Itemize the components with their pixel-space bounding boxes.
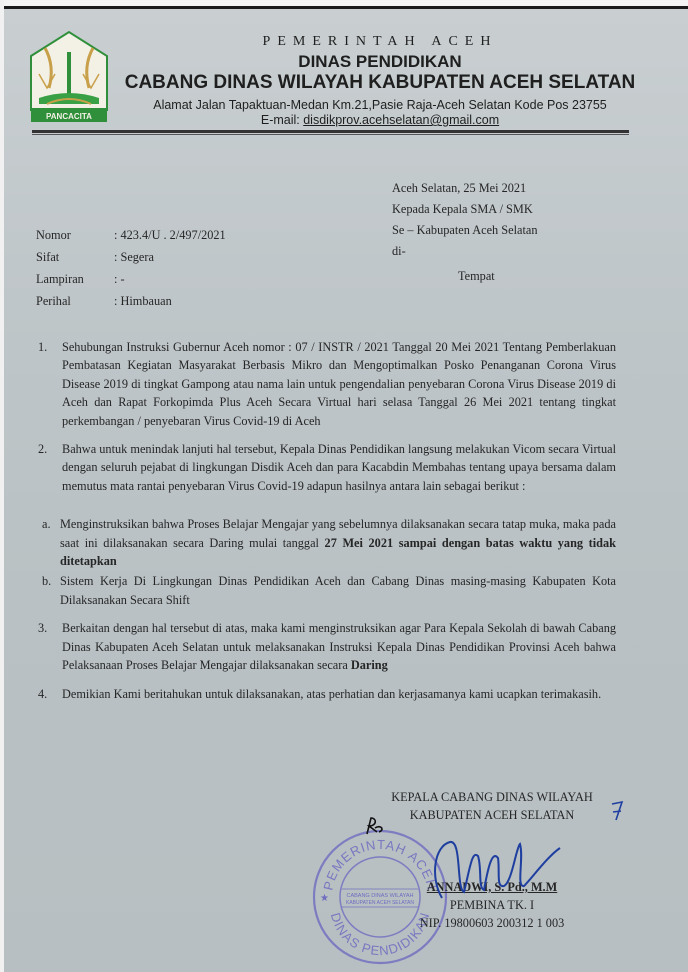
handwritten-signature-icon (420, 828, 570, 908)
paragraph-1: 1. Sehubungan Instruksi Gubernur Aceh no… (38, 338, 616, 430)
recipient-tempat: Tempat (392, 266, 537, 287)
meta-row-sifat: Sifat: Segera (36, 246, 226, 268)
address: Alamat Jalan Tapaktuan-Medan Km.21,Pasie… (110, 97, 650, 113)
signer-title-1: KEPALA CABANG DINAS WILAYAH (372, 788, 612, 806)
letterhead: PEMERINTAH ACEH DINAS PENDIDIKAN CABANG … (110, 28, 650, 128)
svg-text:★: ★ (320, 893, 329, 904)
signer-nip: NIP. 19800603 200312 1 003 (372, 914, 612, 932)
recipient-region: Se – Kabupaten Aceh Selatan (392, 220, 537, 241)
svg-text:PANCACITA: PANCACITA (46, 112, 92, 121)
meta-row-nomor: Nomor: 423.4/U . 2/497/2021 (36, 224, 226, 246)
place-date: Aceh Selatan, 25 Mei 2021 (392, 178, 537, 199)
paragraph-2: 2. Bahwa untuk menindak lanjuti hal ters… (38, 440, 616, 609)
agency-title: DINAS PENDIDIKAN (110, 52, 650, 72)
signer-title-2: KABUPATEN ACEH SELATAN (372, 806, 612, 824)
pancacita-logo-icon: PANCACITA (27, 28, 111, 124)
government-title: PEMERINTAH ACEH (110, 34, 650, 50)
email-line: E-mail: disdikprov.acehselatan@gmail.com (110, 113, 650, 128)
branch-title: CABANG DINAS WILAYAH KABUPATEN ACEH SELA… (110, 72, 650, 94)
letterhead-divider (32, 130, 629, 133)
letterhead-divider-thin (32, 134, 629, 135)
recipient-di: di- (392, 241, 537, 262)
letter-body: 1. Sehubungan Instruksi Gubernur Aceh no… (38, 338, 616, 713)
initial-mark-icon (363, 816, 387, 836)
meta-row-lampiran: Lampiran: - (36, 268, 226, 290)
paragraph-4: 4. Demikian Kami beritahukan untuk dilak… (38, 685, 616, 703)
meta-row-perihal: Perihal: Himbauan (36, 290, 226, 312)
sub-item-a: a. Menginstruksikan bahwa Proses Belajar… (42, 515, 616, 570)
recipient-to: Kepada Kepala SMA / SMK (392, 199, 537, 220)
email-link[interactable]: disdikprov.acehselatan@gmail.com (303, 113, 499, 127)
sub-item-b: b. Sistem Kerja Di Lingkungan Dinas Pend… (42, 572, 616, 609)
initial-mark-icon (608, 800, 626, 822)
letter-meta: Nomor: 423.4/U . 2/497/2021 Sifat: Seger… (36, 224, 226, 312)
paragraph-3: 3. Berkaitan dengan hal tersebut di atas… (38, 619, 616, 674)
recipient-block: Aceh Selatan, 25 Mei 2021 Kepada Kepala … (392, 178, 537, 287)
